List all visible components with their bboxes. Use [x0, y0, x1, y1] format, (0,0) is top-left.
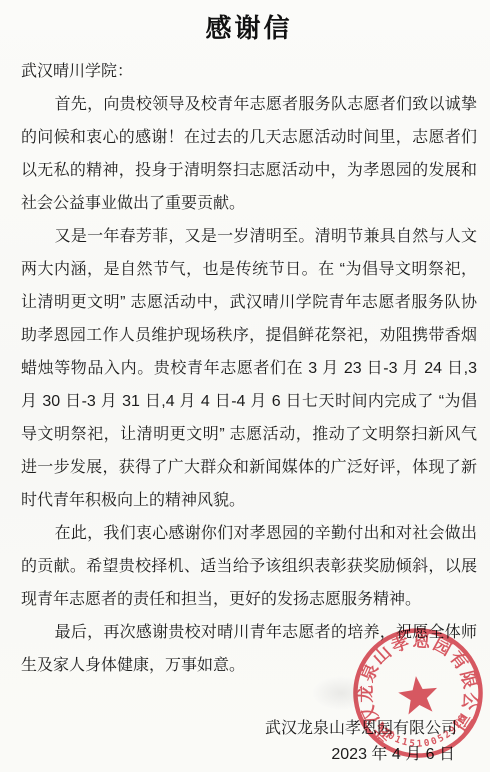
letter-document: 感谢信 武汉晴川学院： 首先，向贵校领导及校青年志愿者服务队志愿者们致以诚挚的问…	[0, 0, 490, 772]
paragraph-commendation-request: 在此，我们衷心感谢你们对孝恩园的辛勤付出和对社会做出的贡献。希望贵校择机、适当给…	[21, 517, 477, 616]
paragraph-activity-details: 又是一年春芳菲，又是一岁清明至。清明节兼具自然与人文两大内涵，是自然节气，也是传…	[21, 220, 477, 517]
salutation: 武汉晴川学院：	[21, 55, 477, 88]
star-icon	[397, 674, 440, 716]
letter-body: 武汉晴川学院： 首先，向贵校领导及校青年志愿者服务队志愿者们致以诚挚的问候和衷心…	[21, 55, 477, 682]
paragraph-greeting-thanks: 首先，向贵校领导及校青年志愿者服务队志愿者们致以诚挚的问候和衷心的感谢！在过去的…	[21, 88, 477, 220]
company-seal-stamp: 武汉龙泉山孝恩园有限公司 42011510052920	[343, 618, 490, 767]
letter-title: 感谢信	[21, 8, 477, 45]
